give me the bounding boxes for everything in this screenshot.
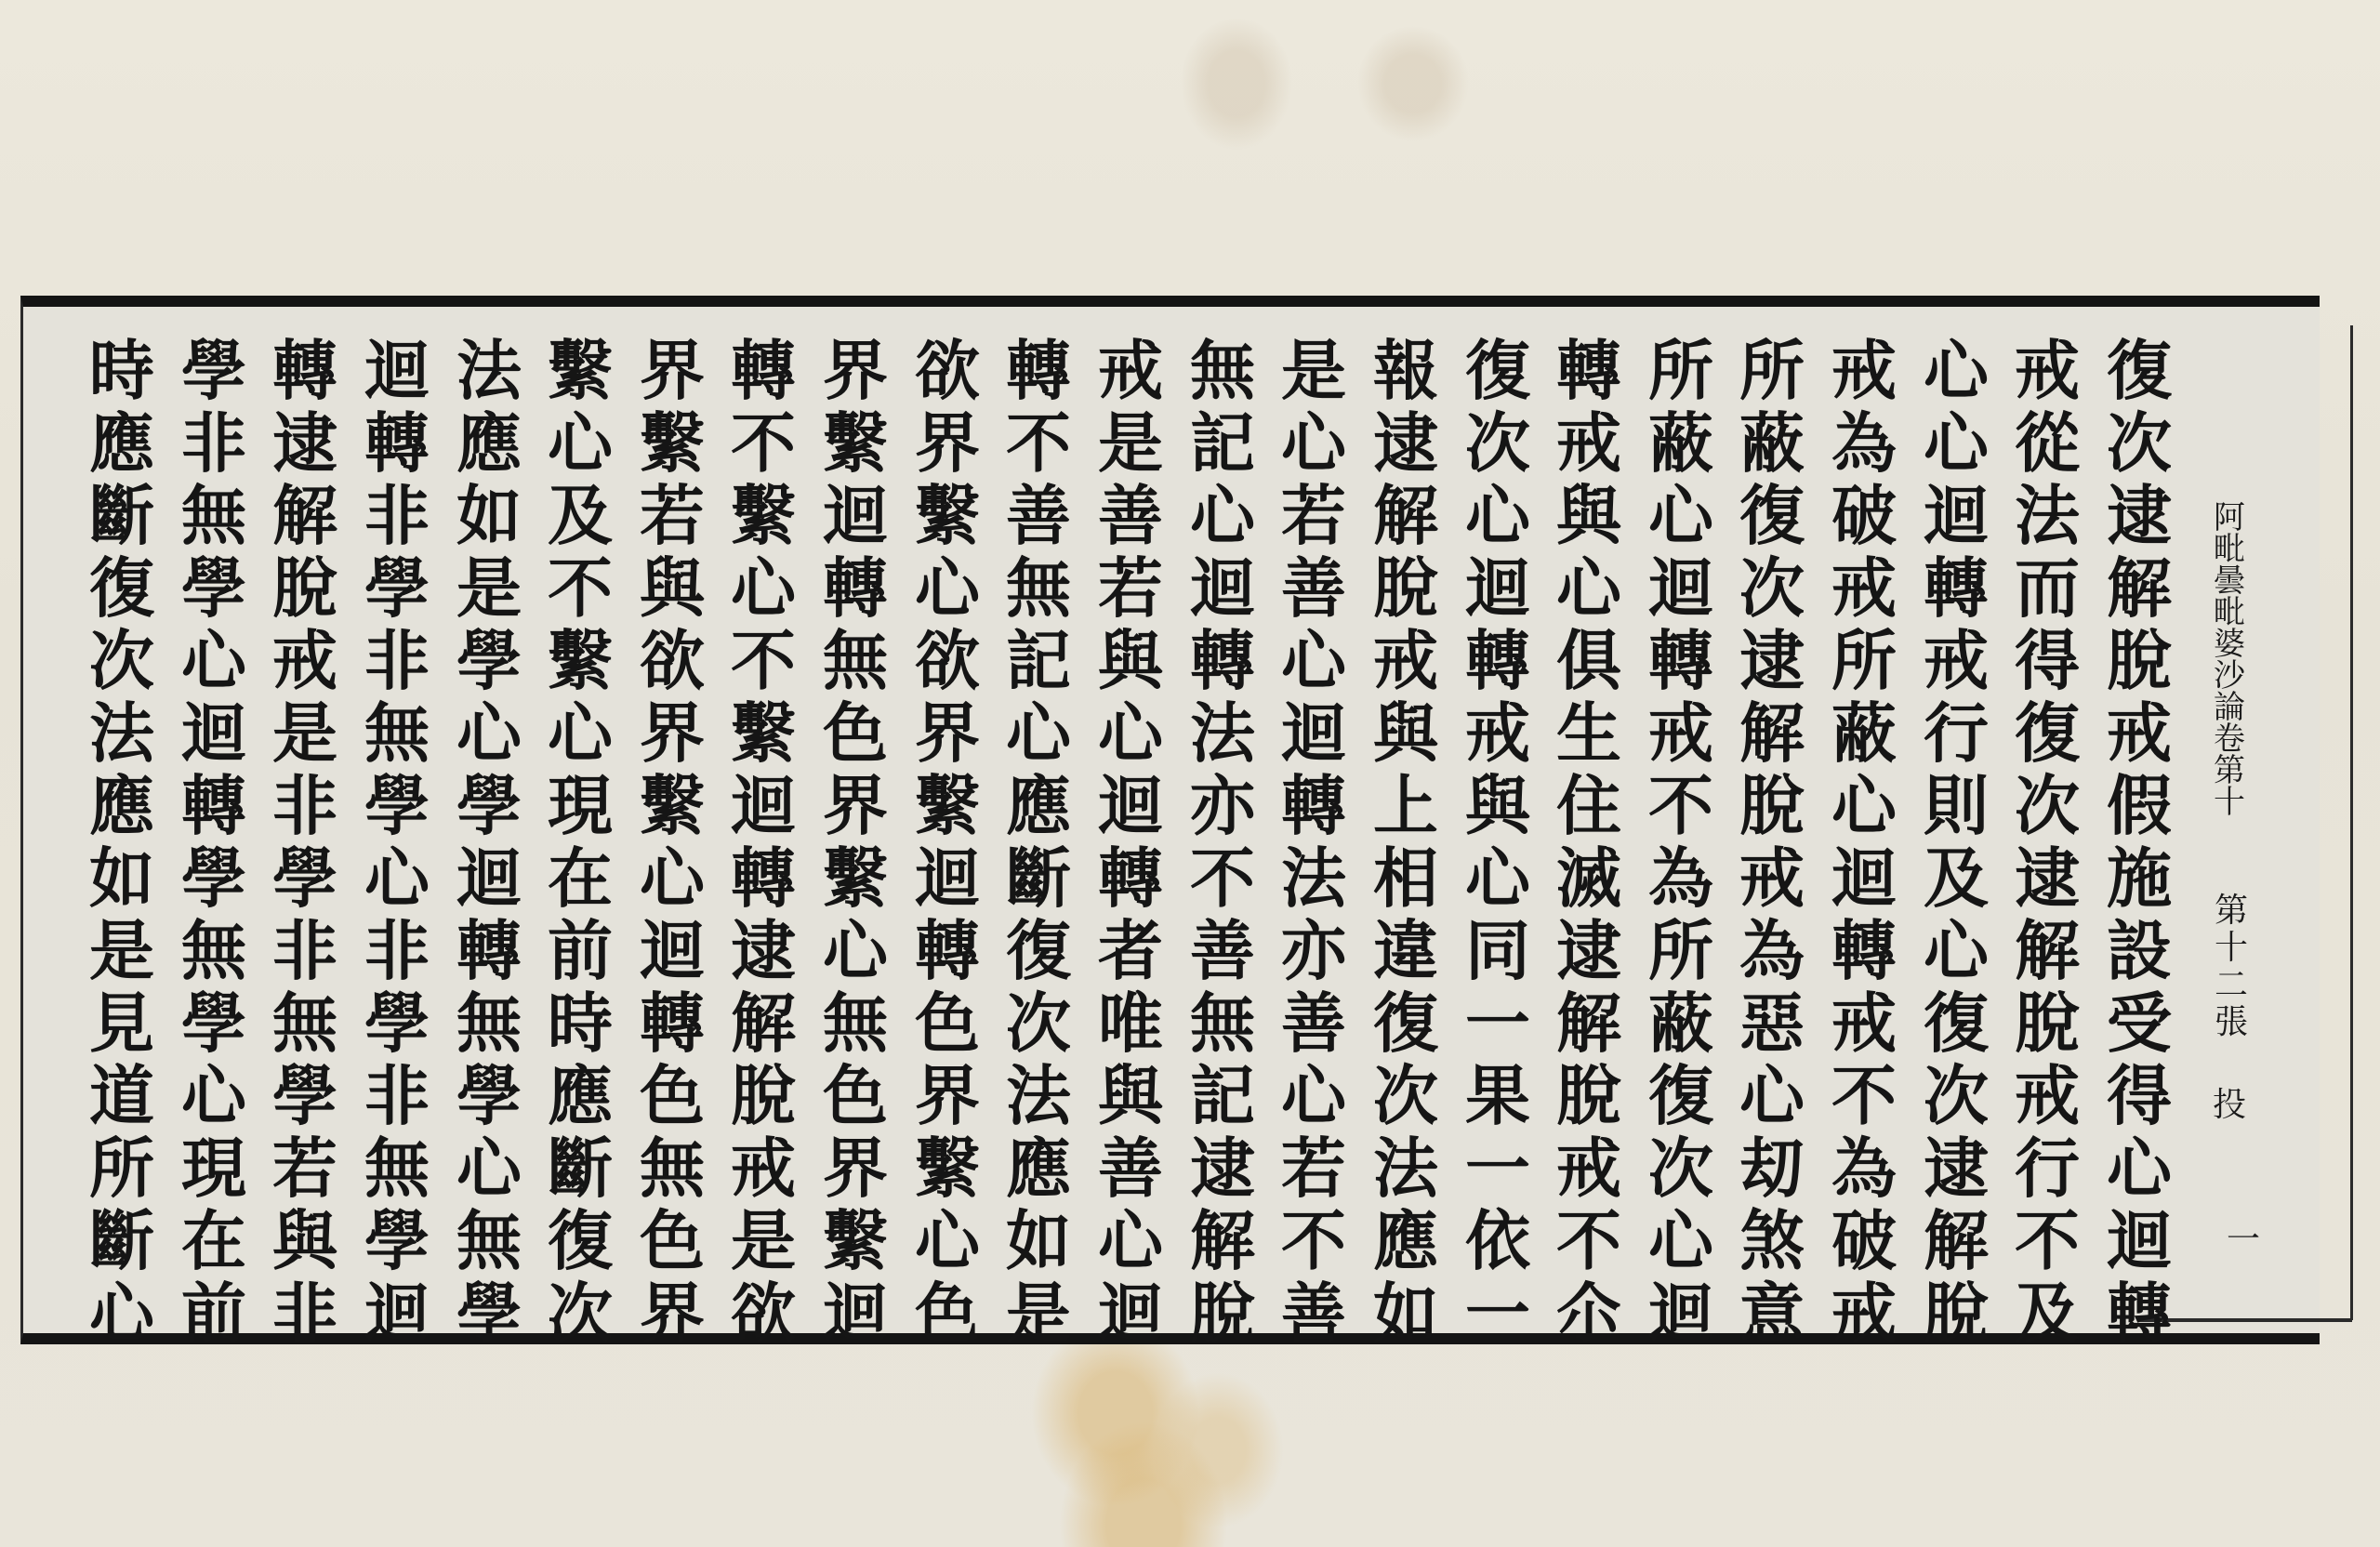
character: 迴 [1648,1277,1713,1350]
character: 法 [1006,1060,1071,1132]
character: 界 [915,697,980,770]
character: 迴 [1831,842,1897,915]
character: 無 [1006,552,1071,625]
character: 應 [1373,1205,1438,1277]
character: 心 [1465,842,1530,915]
character: 心 [1648,480,1713,552]
character: 俱 [1556,625,1621,697]
character: 復 [548,1205,613,1277]
character: 心 [1281,1060,1346,1132]
character: 蔽 [1648,407,1713,480]
character: 復 [1924,987,1989,1060]
carver-mark: 投 [2213,1078,2246,1126]
character: 學 [456,625,522,697]
character: 前 [181,1277,246,1350]
character: 所 [1648,915,1713,987]
character: 色 [640,1060,705,1132]
character: 色 [823,1060,888,1132]
character: 逮 [1556,915,1621,987]
character: 迴 [1281,697,1346,770]
character: 復 [1373,987,1438,1060]
character: 繫 [915,1132,980,1205]
character: 逮 [1190,1132,1255,1205]
margin-title-char: 毗 [2214,534,2245,565]
character: 戒 [2015,1060,2080,1132]
character: 復 [1739,480,1805,552]
character: 復 [1648,1060,1713,1132]
character: 逮 [731,915,796,987]
character: 一 [1465,1277,1530,1350]
character: 心 [1098,1205,1163,1277]
character: 心 [1098,697,1163,770]
character: 心 [1924,335,1989,407]
character: 法 [89,697,154,770]
character: 報 [1373,335,1438,407]
character: 如 [1373,1277,1438,1350]
character: 轉 [1098,842,1163,915]
character: 迴 [1098,1277,1163,1350]
character: 轉 [731,335,796,407]
character: 欲 [731,1277,796,1350]
character: 蔽 [1648,987,1713,1060]
character: 法 [2015,480,2080,552]
character: 轉 [1281,770,1346,842]
character: 斷 [1006,842,1071,915]
text-column: 時應斷復次法應如是見道所斷心 [82,335,162,1350]
character: 心 [548,407,613,480]
character: 學 [181,335,246,407]
character: 次 [1739,552,1805,625]
character: 迴 [1190,552,1255,625]
character: 繫 [548,335,613,407]
character: 解 [2107,552,2172,625]
character: 轉 [915,915,980,987]
character: 不 [2015,1205,2080,1277]
character: 繫 [823,407,888,480]
margin-title-char: 十 [2214,787,2245,818]
character: 解 [1373,480,1438,552]
character: 所 [1648,335,1713,407]
character: 受 [2107,987,2172,1060]
right-border-rule [2350,325,2353,1320]
character: 心 [181,625,246,697]
character: 學 [456,1277,522,1350]
character: 如 [456,480,522,552]
character: 意 [1739,1277,1805,1350]
character: 迴 [181,697,246,770]
character: 復 [2015,697,2080,770]
character: 解 [1190,1205,1255,1277]
margin-title-char: 卷 [2214,723,2245,755]
character: 無 [456,1205,522,1277]
character: 次 [548,1277,613,1350]
character: 戒 [1465,697,1530,770]
character: 不 [1190,842,1255,915]
character: 法 [456,335,522,407]
character: 法 [1190,697,1255,770]
character: 假 [2107,770,2172,842]
character: 繫 [915,770,980,842]
character: 脫 [2015,987,2080,1060]
character: 心 [640,842,705,915]
character: 心 [915,1205,980,1277]
text-column: 轉逮解脫戒是非學非無學若與非 [265,335,345,1350]
character: 善 [1281,1277,1346,1350]
character: 無 [1190,987,1255,1060]
character: 無 [181,480,246,552]
character: 記 [1190,1060,1255,1132]
margin-title-char: 毗 [2214,597,2245,628]
character: 應 [89,770,154,842]
character: 迴 [364,1277,430,1350]
character: 心 [1465,480,1530,552]
character: 行 [1924,697,1989,770]
character: 應 [456,407,522,480]
character: 是 [456,552,522,625]
character: 記 [1006,625,1071,697]
margin-title: 阿毗曇毗婆沙論卷第十 [2211,502,2248,818]
character: 戒 [1556,407,1621,480]
character: 心 [456,1132,522,1205]
character: 行 [2015,1132,2080,1205]
character: 時 [89,335,154,407]
character: 界 [640,697,705,770]
text-column: 界繫迴轉無色界繫心無色界繫迴 [815,335,895,1350]
character: 無 [181,915,246,987]
character: 若 [272,1132,337,1205]
character: 戒 [2015,335,2080,407]
margin-title-char: 曇 [2214,565,2245,597]
character: 前 [548,915,613,987]
character: 學 [364,987,430,1060]
character: 繫 [731,480,796,552]
character: 心 [1190,480,1255,552]
character: 是 [89,915,154,987]
character: 與 [1098,1060,1163,1132]
character: 若 [1281,480,1346,552]
character: 善 [1006,480,1071,552]
character: 迴 [640,915,705,987]
character: 界 [823,335,888,407]
character: 逮 [1373,407,1438,480]
character: 非 [364,915,430,987]
character: 善 [1281,552,1346,625]
character: 解 [1739,697,1805,770]
character: 脫 [1739,770,1805,842]
character: 轉 [1648,625,1713,697]
character: 善 [1190,915,1255,987]
character: 轉 [1556,335,1621,407]
character: 是 [1006,1277,1071,1350]
character: 復 [2107,335,2172,407]
character: 無 [640,1132,705,1205]
character: 界 [823,1132,888,1205]
character: 不 [1006,407,1071,480]
character: 心 [2107,1132,2172,1205]
character: 復 [89,552,154,625]
text-column: 界繫若與欲界繫心迴轉色無色界 [632,335,712,1350]
character: 煞 [1739,1205,1805,1277]
character: 學 [272,1060,337,1132]
character: 善 [1281,987,1346,1060]
character: 心 [364,842,430,915]
character: 轉 [640,987,705,1060]
character: 無 [456,987,522,1060]
character: 轉 [1831,915,1897,987]
text-column: 所蔽復次逮解脫戒為惡心刧煞意 [1732,335,1812,1350]
margin-title-char: 第 [2214,755,2245,787]
character: 見 [89,987,154,1060]
character: 戒 [1556,1132,1621,1205]
character: 是 [731,1205,796,1277]
text-column: 戒從法而得復次逮解脫戒行不及 [2007,335,2087,1350]
character: 不 [1281,1205,1346,1277]
character: 轉 [823,552,888,625]
character: 轉 [1465,625,1530,697]
character: 道 [89,1060,154,1132]
character: 記 [1190,407,1255,480]
character: 與 [640,552,705,625]
character: 一 [1465,987,1530,1060]
character: 無 [1190,335,1255,407]
character: 應 [548,1060,613,1132]
character: 不 [731,625,796,697]
character: 迴 [823,1277,888,1350]
text-column: 轉不繫心不繫迴轉逮解脫戒是欲 [723,335,803,1350]
character: 得 [2107,1060,2172,1132]
character: 在 [548,842,613,915]
character: 同 [1465,915,1530,987]
character: 脫 [2107,625,2172,697]
character: 繫 [823,1205,888,1277]
text-column: 戒是善若與心迴轉者唯與善心迴 [1091,335,1170,1350]
character: 解 [272,480,337,552]
character: 解 [1924,1205,1989,1277]
character: 依 [1465,1205,1530,1277]
character: 尒 [1556,1277,1621,1350]
character: 而 [2015,552,2080,625]
character: 逮 [1924,1132,1989,1205]
character: 次 [2015,770,2080,842]
character: 欲 [915,625,980,697]
character: 迴 [1648,552,1713,625]
text-column: 戒為破戒所蔽心迴轉戒不為破戒 [1824,335,1904,1350]
character: 界 [823,770,888,842]
character: 不 [548,552,613,625]
character: 色 [823,697,888,770]
character: 心 [1648,1205,1713,1277]
character: 無 [823,625,888,697]
character: 心 [456,697,522,770]
margin-title-char: 論 [2214,692,2245,723]
character: 戒 [1831,1277,1897,1350]
character: 脫 [1190,1277,1255,1350]
character: 逮 [2107,480,2172,552]
character: 不 [1556,1205,1621,1277]
character: 迴 [1924,480,1989,552]
text-column: 復次逮解脫戒假施設受得心迴轉 [2099,335,2179,1350]
character: 設 [2107,915,2172,987]
character: 現 [548,770,613,842]
character: 戒 [1831,552,1897,625]
character: 迴 [2107,1205,2172,1277]
character: 所 [1831,625,1897,697]
character: 一 [1465,1132,1530,1205]
character: 迴 [915,842,980,915]
character: 不 [1831,1060,1897,1132]
character: 逮 [2015,842,2080,915]
character: 界 [640,335,705,407]
character: 蔽 [1831,697,1897,770]
character: 解 [731,987,796,1060]
character: 界 [640,1277,705,1350]
margin-title-char: 阿 [2214,502,2245,534]
character: 迴 [823,480,888,552]
text-column: 是心若善心迴轉法亦善心若不善 [1274,335,1354,1350]
sheet-number-char: 十 [2215,930,2248,967]
character: 戒 [1739,842,1805,915]
character: 施 [2107,842,2172,915]
character: 非 [272,770,337,842]
character: 心 [89,1277,154,1350]
sheet-number-char: 第 [2215,892,2248,930]
character: 逮 [272,407,337,480]
character: 為 [1831,407,1897,480]
character: 非 [364,480,430,552]
character: 學 [364,1205,430,1277]
character: 無 [272,987,337,1060]
character: 繫 [823,842,888,915]
character: 及 [2015,1277,2080,1350]
character: 相 [1373,842,1438,915]
character: 是 [1098,407,1163,480]
character: 應 [89,407,154,480]
character: 心 [1006,697,1071,770]
character: 迴 [731,770,796,842]
character: 次 [89,625,154,697]
character: 戒 [1648,697,1713,770]
character: 色 [915,987,980,1060]
sheet-number-char: 二 [2215,967,2248,1004]
character: 為 [1739,915,1805,987]
character: 心 [181,1060,246,1132]
character: 心 [1281,625,1346,697]
sheet-number: 第十二張 [2213,892,2250,1041]
character: 亦 [1281,915,1346,987]
text-column: 轉不善無記心應斷復次法應如是 [998,335,1078,1350]
character: 心 [1924,915,1989,987]
page-number: 一 [2227,1213,2260,1261]
character: 亦 [1190,770,1255,842]
character: 轉 [731,842,796,915]
character: 法 [1281,842,1346,915]
character: 如 [89,842,154,915]
character: 戒 [1373,625,1438,697]
text-column: 心心迴轉戒行則及心復次逮解脫 [1916,335,1996,1350]
character: 為 [1831,1132,1897,1205]
character: 解 [1556,987,1621,1060]
character: 戒 [1924,625,1989,697]
character: 復 [1465,335,1530,407]
character: 轉 [1006,335,1071,407]
character: 心 [1739,1060,1805,1132]
text-column: 復次心迴轉戒與心同一果一依一 [1458,335,1538,1350]
character: 次 [2107,407,2172,480]
character: 上 [1373,770,1438,842]
character: 繫 [548,625,613,697]
character: 及 [1924,842,1989,915]
character: 轉 [364,407,430,480]
sheet-number-char: 張 [2215,1004,2248,1041]
character: 戒 [1098,335,1163,407]
character: 繫 [915,480,980,552]
character: 惡 [1739,987,1805,1060]
character: 非 [364,1060,430,1132]
character: 次 [1924,1060,1989,1132]
character: 轉 [181,770,246,842]
character: 如 [1006,1205,1071,1277]
text-column: 無記心迴轉法亦不善無記逮解脫 [1183,335,1263,1350]
character: 所 [89,1132,154,1205]
character: 繫 [731,697,796,770]
text-column: 所蔽心迴轉戒不為所蔽復次心迴 [1641,335,1721,1350]
text-column: 迴轉非學非無學心非學非無學迴 [357,335,437,1350]
character: 界 [915,407,980,480]
character: 與 [272,1205,337,1277]
character: 果 [1465,1060,1530,1132]
character: 轉 [1190,625,1255,697]
character: 欲 [640,625,705,697]
character: 不 [1648,770,1713,842]
character: 非 [272,915,337,987]
character: 蔽 [1739,407,1805,480]
character: 違 [1373,915,1438,987]
character: 界 [915,1060,980,1132]
character: 破 [1831,480,1897,552]
character: 學 [456,1060,522,1132]
character: 戒 [1831,335,1897,407]
character: 戒 [731,1132,796,1205]
character: 應 [1006,1132,1071,1205]
character: 斷 [89,480,154,552]
character: 非 [272,1277,337,1350]
character: 迴 [456,842,522,915]
character: 繫 [640,770,705,842]
character: 戒 [272,625,337,697]
character: 學 [181,552,246,625]
character: 次 [1465,407,1530,480]
character: 時 [548,987,613,1060]
character: 學 [456,770,522,842]
character: 心 [1831,770,1897,842]
character: 與 [1556,480,1621,552]
text-column: 法應如是學心學迴轉無學心無學 [449,335,529,1350]
character: 在 [181,1205,246,1277]
character: 無 [364,697,430,770]
character: 破 [1831,1205,1897,1277]
character: 心 [823,915,888,987]
character: 學 [181,987,246,1060]
character: 戒 [1831,987,1897,1060]
character: 若 [1098,552,1163,625]
character: 心 [731,552,796,625]
character: 脫 [1373,552,1438,625]
character: 者 [1098,915,1163,987]
character: 迴 [1098,770,1163,842]
character: 善 [1098,1132,1163,1205]
character: 戒 [2107,697,2172,770]
character: 轉 [1924,552,1989,625]
